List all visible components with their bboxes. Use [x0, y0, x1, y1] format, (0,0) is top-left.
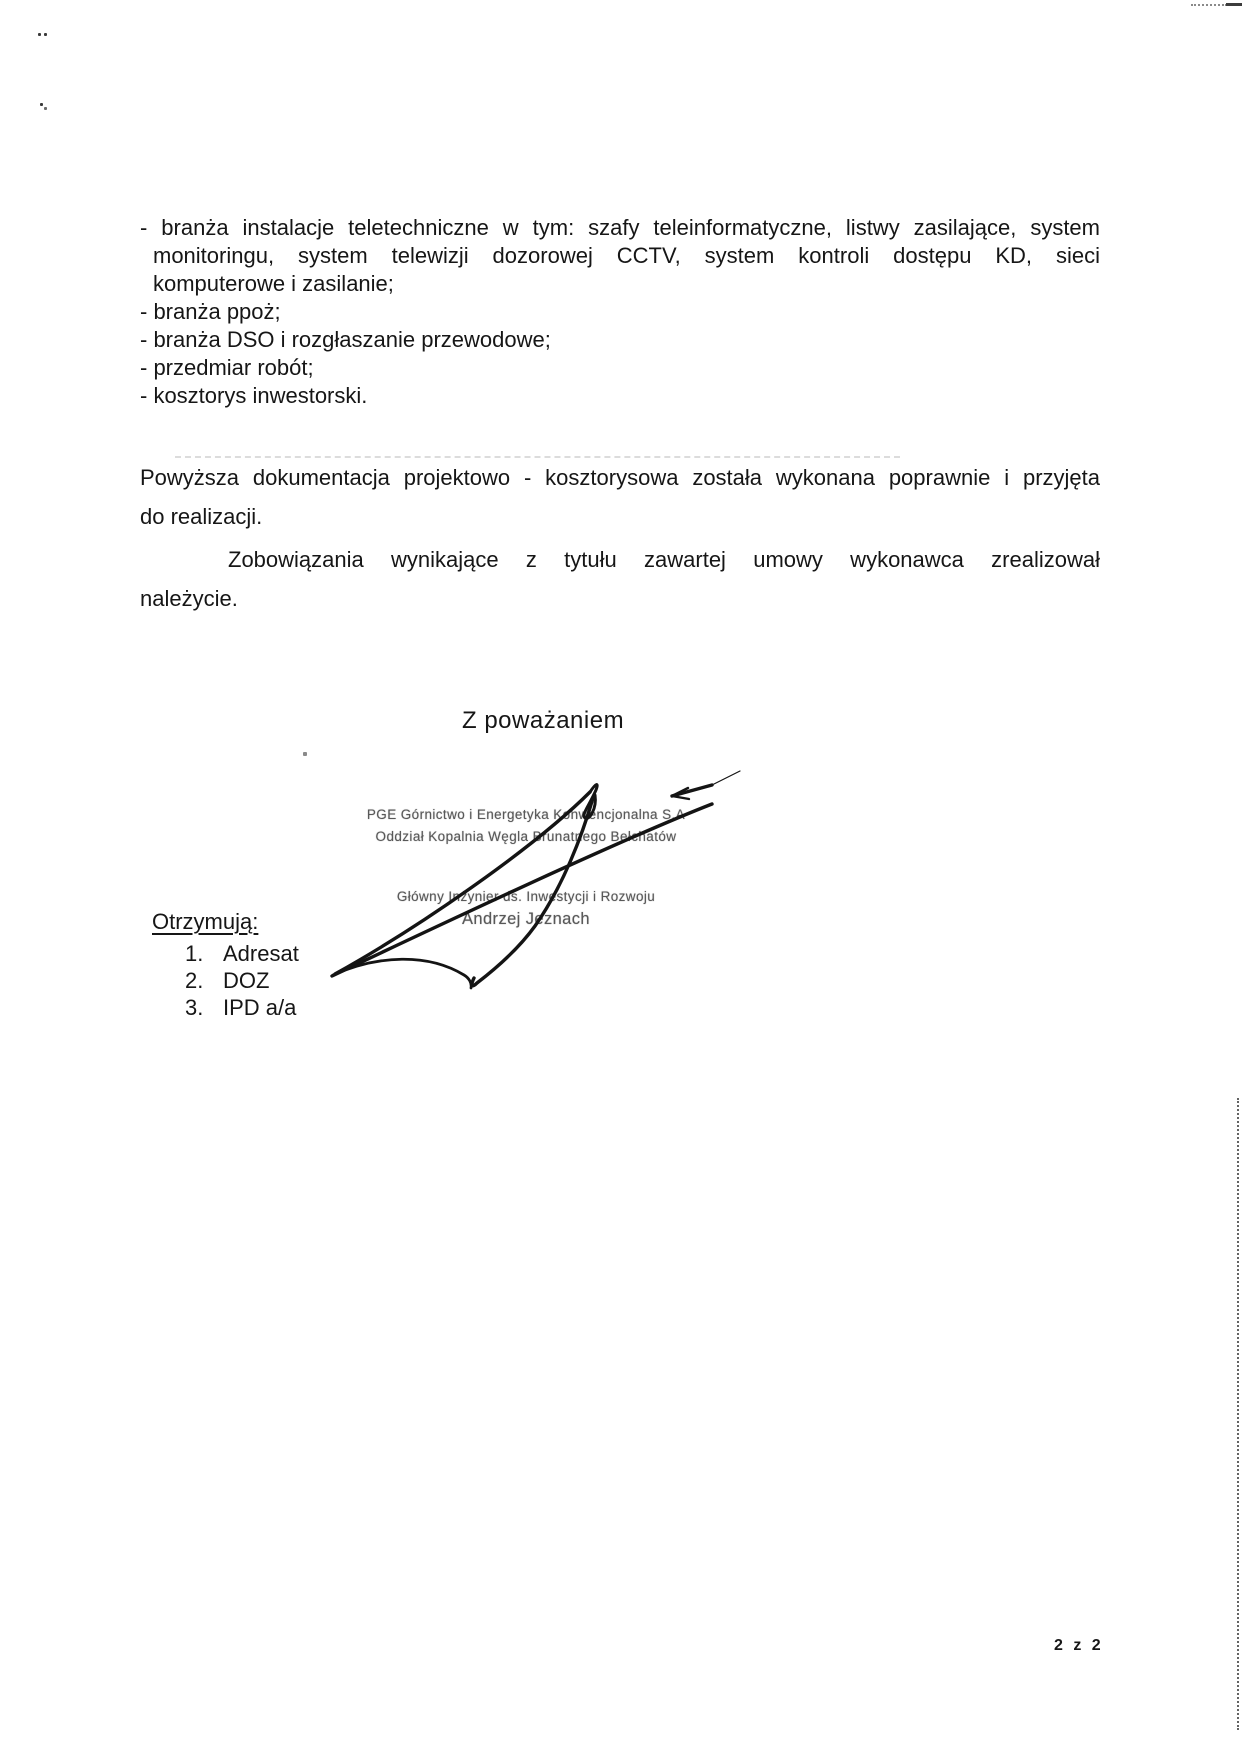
paragraph-acceptance: Powyższa dokumentacja projektowo - koszt… — [140, 458, 1100, 536]
signature-scribble — [320, 768, 745, 1003]
distribution-item-label: DOZ — [223, 968, 269, 993]
paragraph-line: Powyższa dokumentacja projektowo - koszt… — [140, 458, 1100, 497]
distribution-item-label: Adresat — [223, 941, 299, 966]
distribution-rows: 1.Adresat 2.DOZ 3.IPD a/a — [152, 940, 299, 1021]
list-item: - branża instalacje teletechniczne w tym… — [140, 214, 1100, 298]
scan-right-edge-dots — [1237, 1098, 1239, 1730]
scope-bullet-list: - branża instalacje teletechniczne w tym… — [140, 214, 1100, 410]
scan-edge-mark — [1226, 3, 1242, 6]
paragraph-line: do realizacji. — [140, 497, 1100, 536]
distribution-item-number: 2. — [185, 967, 223, 994]
list-item: - przedmiar robót; — [140, 354, 1100, 382]
scan-speckle — [40, 103, 43, 106]
paragraph-line: należycie. — [140, 579, 1100, 618]
list-item-line: komputerowe i zasilanie; — [140, 270, 1100, 298]
list-item-line: monitoringu, system telewizji dozorowej … — [140, 242, 1100, 270]
scanned-letter-page: - branża instalacje teletechniczne w tym… — [0, 0, 1242, 1754]
list-item: - branża ppoż; — [140, 298, 1100, 326]
list-item-line: - branża instalacje teletechniczne w tym… — [140, 214, 1100, 242]
list-item: - kosztorys inwestorski. — [140, 382, 1100, 410]
distribution-heading: Otrzymują: — [152, 908, 299, 936]
distribution-item-number: 1. — [185, 940, 223, 967]
scan-edge-dash — [1191, 4, 1227, 6]
closing-salutation: Z poważaniem — [462, 706, 624, 736]
distribution-item-label: IPD a/a — [223, 995, 296, 1020]
distribution-item: 2.DOZ — [152, 967, 299, 994]
paragraph-obligations: Zobowiązania wynikające z tytułu zawarte… — [140, 540, 1100, 618]
scan-speckle — [38, 33, 41, 36]
page-number: 2 z 2 — [1054, 1637, 1104, 1655]
distribution-list: Otrzymują: 1.Adresat 2.DOZ 3.IPD a/a — [152, 908, 299, 1021]
paragraph-line: Zobowiązania wynikające z tytułu zawarte… — [140, 540, 1100, 579]
list-item: - branża DSO i rozgłaszanie przewodowe; — [140, 326, 1100, 354]
distribution-item: 3.IPD a/a — [152, 994, 299, 1021]
scan-speckle — [303, 752, 307, 756]
distribution-item: 1.Adresat — [152, 940, 299, 967]
distribution-item-number: 3. — [185, 994, 223, 1021]
